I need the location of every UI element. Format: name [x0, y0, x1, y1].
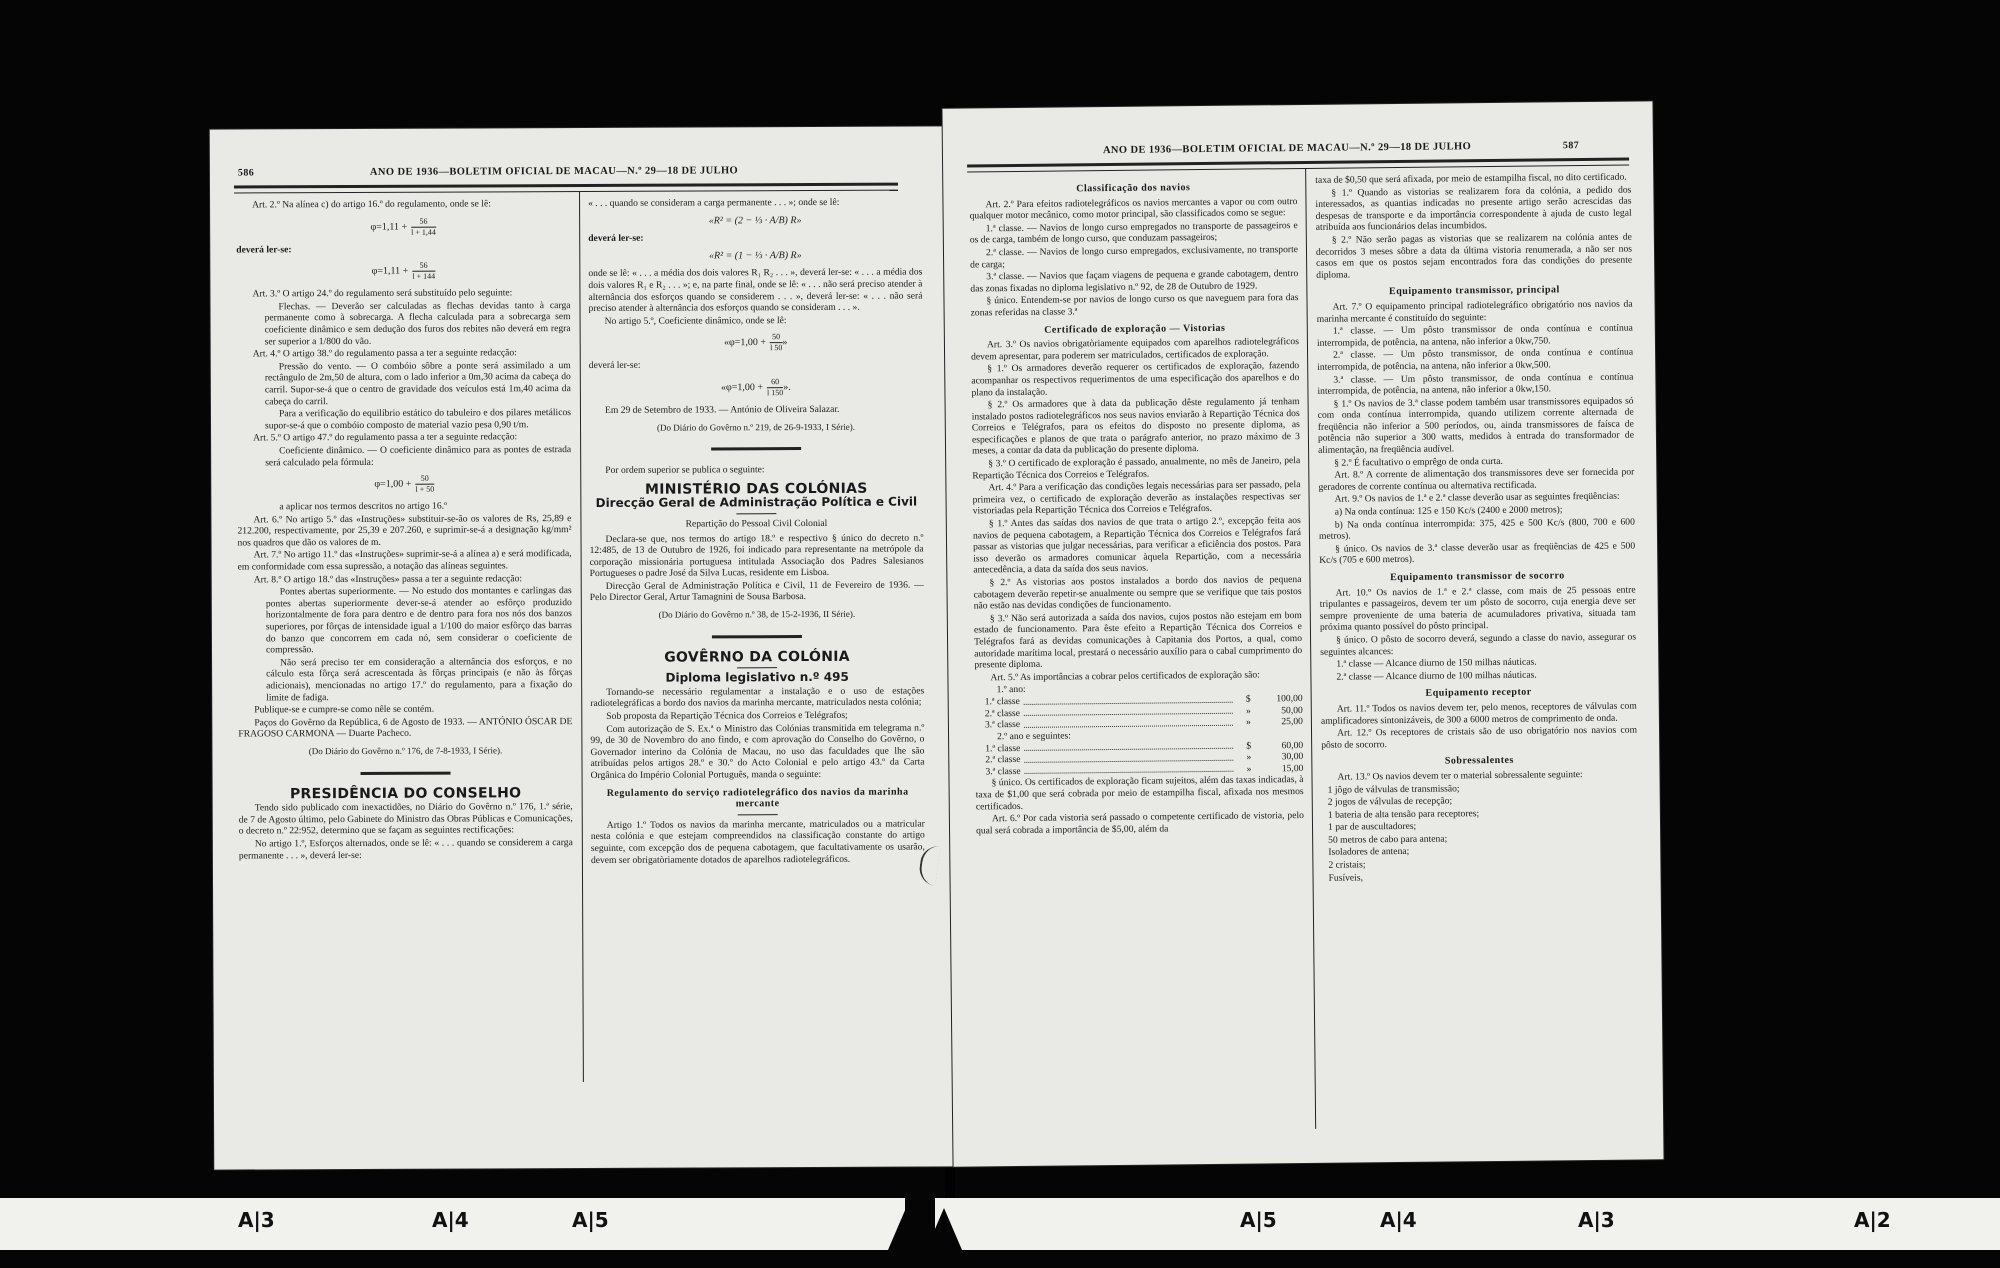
paragraph: Art. 8.º A corrente de alimentação dos t… — [1318, 467, 1634, 493]
section-heading: Equipamento transmissor, principal — [1316, 284, 1632, 299]
paragraph: § 2.º Não serão pagas as vistorias que s… — [1316, 232, 1632, 282]
formula-num: 56 — [412, 261, 435, 271]
paragraph: Por ordem superior se publica o seguinte… — [589, 464, 923, 477]
paragraph: Para a verificação do equilíbrio estátic… — [237, 407, 571, 432]
sub-heading: Direcção Geral de Administração Política… — [589, 497, 923, 510]
paragraph: Art. 7.º No artigo 11.º das «Instruções»… — [238, 549, 572, 574]
fee-currency: » — [1237, 717, 1251, 729]
frame-mark: A|5 — [1240, 1208, 1277, 1232]
fee-currency: » — [1237, 752, 1251, 764]
fee-class: 3.ª classe — [985, 766, 1020, 778]
paragraph: Não será preciso ter em consideração a a… — [238, 656, 572, 704]
paragraph: 1.ª classe. — Navios de longo curso empr… — [970, 220, 1298, 247]
running-head: ANO DE 1936—BOLETIM OFICIAL DE MACAU—N.º… — [370, 165, 738, 178]
paragraph: Art. 6.º No artigo 5.º das «Instruções» … — [237, 513, 571, 549]
paragraph: « . . . quando se consideram a carga per… — [588, 197, 922, 210]
paragraph: Publique-se e cumpre-se como nêle se con… — [238, 703, 572, 716]
formula-lhs: φ=1,11 + — [370, 221, 407, 232]
paragraph: Paços do Govêrno da República, 6 de Agos… — [238, 716, 572, 741]
leader-dots — [1024, 752, 1233, 763]
paragraph: deverá ler-se: — [589, 359, 923, 372]
frame-mark: A|2 — [1854, 1208, 1891, 1232]
fee-class: 1.ª classe — [985, 696, 1020, 708]
short-rule — [738, 814, 778, 815]
paragraph: § único. Os navios de 3.ª classe deverão… — [1319, 540, 1635, 566]
paragraph: Art. 11.º Todos os navios devem ter, pel… — [1321, 700, 1637, 726]
paragraph: deverá ler-se: — [236, 243, 570, 256]
paragraph: § 3.º Não será autorizada a saída dos na… — [974, 610, 1303, 671]
paragraph: Pressão do vento. — O combóio sôbre a po… — [237, 360, 571, 408]
page-number: 586 — [238, 167, 254, 178]
paragraph: § 2.º As vistorias aos postos instalados… — [973, 574, 1301, 612]
fee-table: 1.º ano:1.ª classe$100,002.ª classe»50,0… — [975, 681, 1304, 777]
paragraph: Art. 4.º O artigo 38.º do regulamento pa… — [237, 347, 571, 360]
leader-dots — [1024, 706, 1233, 717]
formula-lhs: φ=1,11 + — [372, 266, 409, 277]
header-rule — [234, 183, 898, 194]
frame-mark: A|5 — [572, 1208, 609, 1232]
paragraph: Artigo 1.º Todos os navios da marinha me… — [591, 818, 925, 866]
fee-amount: 100,00 — [1251, 693, 1303, 705]
formula-den: l + 1,44 — [411, 226, 436, 237]
paragraph: Direcção Geral de Administração Política… — [590, 579, 924, 604]
fee-class: 1.ª classe — [985, 743, 1020, 755]
paragraph: Art. 3.º Os navios obrigatòriamente equi… — [971, 336, 1299, 363]
leader-dots — [1024, 741, 1233, 752]
formula-lhs: φ=1,00 + — [374, 479, 411, 490]
paragraph: § 3.º O certificado de exploração é pass… — [972, 455, 1300, 482]
paragraph: Flechas. — Deverão ser calculadas as fle… — [236, 300, 570, 348]
paragraph: Art. 6.º Por cada vistoria será passado … — [976, 810, 1304, 837]
right-page-column-2: taxa de $0,50 que será afixada, por meio… — [1315, 172, 1638, 886]
paragraph: Art. 2.º Na alínea c) do artigo 16.º do … — [236, 198, 570, 211]
left-page-column-2: « . . . quando se consideram a carga per… — [588, 197, 925, 868]
fee-amount: 15,00 — [1251, 763, 1303, 775]
regulation-title: Regulamento do serviço radiotelegráfico … — [591, 786, 925, 811]
paragraph: onde se lê: « . . . a média dos dois val… — [588, 267, 922, 315]
fee-currency: $ — [1237, 694, 1251, 706]
paragraph: 1.ª classe. — Um pôsto transmissor de on… — [1317, 323, 1633, 349]
paragraph: 2.ª classe — Alcance diurno de 100 milha… — [1320, 668, 1636, 683]
paragraph: Tornando-se necessário regulamentar a in… — [590, 685, 924, 710]
formula: φ=1,00 +50l + 50 — [237, 473, 571, 495]
formula-num: 60 — [767, 377, 783, 387]
frame-mark: A|3 — [1578, 1208, 1615, 1232]
fee-currency: » — [1237, 705, 1251, 717]
paragraph: § 2.º Os armadores que à data da publica… — [972, 396, 1301, 457]
paragraph: Declara-se que, nos termos do artigo 18.… — [590, 532, 924, 580]
formula-den: l + 50 — [415, 484, 434, 495]
formula-num: 56 — [411, 216, 436, 226]
paragraph: § único. O pôsto de socorro deverá, segu… — [1320, 631, 1636, 657]
section-heading: Certificado de exploração — Vistorias — [971, 322, 1299, 337]
paragraph: Art. 7.º O equipamento principal radiote… — [1317, 298, 1633, 324]
paragraph: Em 29 de Setembro de 1933. — António de … — [589, 403, 923, 416]
paragraph: 3.ª classe. — Um pôsto transmissor, de o… — [1317, 371, 1633, 397]
formula-den: l 150 — [767, 387, 783, 398]
section-heading: GOVÊRNO DA COLÓNIA — [590, 651, 924, 664]
section-rule — [361, 771, 451, 774]
paragraph: Com autorização de S. Ex.ª o Ministro da… — [590, 722, 924, 781]
section-heading: Equipamento transmissor de socorro — [1319, 570, 1635, 585]
paragraph: Sob proposta da Repartição Técnica dos C… — [590, 710, 924, 723]
formula-num: 50 — [770, 332, 782, 342]
paragraph: 3.ª classe. — Navios que façam viagens d… — [970, 268, 1298, 295]
section-heading: Equipamento receptor — [1321, 686, 1637, 701]
formula-lhs: «φ=1,00 + — [721, 382, 763, 393]
section-heading: Sobressalentes — [1321, 754, 1637, 769]
column-divider — [1305, 169, 1316, 1129]
right-page: ANO DE 1936—BOLETIM OFICIAL DE MACAU—N.º… — [942, 101, 1663, 1166]
citation: (Do Diário do Govêrno n.º 176, de 7-8-19… — [238, 745, 572, 758]
page-number: 587 — [1563, 140, 1579, 151]
column-divider — [579, 192, 584, 1082]
leader-dots — [1024, 694, 1233, 705]
formula-num: 50 — [415, 474, 434, 484]
paragraph: 2.ª classe. — Navios de longo curso empr… — [970, 244, 1298, 271]
paragraph: Pontes abertas superiormente. — No estud… — [238, 585, 572, 656]
citation: (Do Diário do Govêrno n.º 38, de 15-2-19… — [590, 609, 924, 622]
paragraph: Coeficiente dinâmico. — O coeficiente di… — [237, 444, 571, 469]
leader-dots — [1025, 764, 1234, 775]
short-rule — [736, 513, 776, 514]
paragraph: a aplicar nos termos descritos no artigo… — [237, 500, 571, 513]
paragraph: Tendo sido publicado com inexactidões, n… — [239, 801, 573, 837]
frame-mark: A|4 — [432, 1208, 469, 1232]
formula-lhs: «φ=1,00 + — [724, 337, 766, 348]
frame-mark: A|3 — [238, 1208, 275, 1232]
right-page-column-1: Classificação dos navios Art. 2.º Para e… — [969, 175, 1304, 838]
fee-amount: 50,00 — [1251, 705, 1303, 717]
paragraph: b) Na onda contínua interrompida: 375, 4… — [1319, 516, 1635, 542]
fee-amount: 60,00 — [1251, 740, 1303, 752]
section-rule — [712, 635, 802, 638]
formula: φ=1,11 +56l + 144 — [236, 260, 570, 282]
paragraph: § 1.º Quando as vistorias se realizarem … — [1315, 184, 1631, 234]
frame-mark: A|4 — [1380, 1208, 1417, 1232]
fee-currency: » — [1237, 763, 1251, 775]
strip-gap — [905, 1198, 935, 1253]
formula-den: l 50 — [770, 342, 782, 353]
section-heading: Classificação dos navios — [969, 181, 1297, 196]
fee-class: 2.ª classe — [985, 754, 1020, 766]
paragraph: § 1.º Os armadores deverão requerer os c… — [971, 360, 1299, 398]
left-page: 586 ANO DE 1936—BOLETIM OFICIAL DE MACAU… — [210, 126, 957, 1169]
spare-item: Fusíveis, — [1322, 869, 1638, 884]
paragraph: Art. 12.º Os receptores de cristais são … — [1321, 725, 1637, 751]
paragraph: 2.ª classe. — Um pôsto transmissor, de o… — [1317, 347, 1633, 373]
fee-class: 2.ª classe — [985, 708, 1020, 720]
paragraph: No artigo 1.º, Esforços alternados, onde… — [239, 837, 573, 862]
paragraph: Art. 8.º O artigo 18.º das «Instruções» … — [238, 573, 572, 586]
paragraph: Art. 2.º Para efeitos radiotelegráficos … — [969, 196, 1297, 223]
formula: «R² = (2 − ⅓ · A/B) R» — [588, 214, 922, 227]
paragraph: § 1.º Os navios de 3.ª classe podem tamb… — [1318, 395, 1635, 456]
fee-amount: 30,00 — [1251, 751, 1303, 763]
short-rule — [737, 667, 777, 668]
paragraph: Art. 5.º O artigo 47.º do regulamento pa… — [237, 431, 571, 444]
paragraph: Art. 3.º O artigo 24.º do regulamento se… — [236, 287, 570, 300]
formula-close: ». — [783, 382, 791, 393]
left-page-column-1: Art. 2.º Na alínea c) do artigo 16.º do … — [236, 198, 573, 863]
citation: (Do Diário do Govêrno n.º 219, de 26-9-1… — [589, 421, 923, 434]
paragraph: Art. 10.º Os navios de 1.ª e 2.ª classe,… — [1320, 584, 1636, 634]
formula-close: » — [782, 337, 787, 348]
formula: «φ=1,00 +50l 50» — [589, 332, 923, 354]
paragraph: § 1.º Antes das saídas dos navios de que… — [973, 515, 1302, 576]
paragraph: § único. Entendem-se por navios de longo… — [970, 292, 1298, 319]
section-rule — [711, 447, 801, 450]
fee-currency: $ — [1237, 740, 1251, 752]
section-heading: PRESIDÊNCIA DO CONSELHO — [239, 788, 573, 801]
spares-list: 1 jôgo de válvulas de transmissão;2 jogo… — [1322, 781, 1639, 884]
sub-heading: Diploma legislativo n.º 495 — [590, 672, 924, 685]
fee-amount: 25,00 — [1251, 716, 1303, 728]
paragraph: Art. 4.º Para a verificação das condiçõe… — [972, 479, 1300, 517]
formula-den: l + 144 — [412, 271, 435, 282]
paragraph: No artigo 5.º, Coeficiente dinâmico, ond… — [589, 314, 923, 327]
running-head: ANO DE 1936—BOLETIM OFICIAL DE MACAU—N.º… — [1103, 141, 1471, 156]
leader-dots — [1024, 717, 1233, 728]
paragraph: deverá ler-se: — [588, 232, 922, 245]
fee-class: 3.ª classe — [985, 719, 1020, 731]
reparticao-heading: Repartição do Pessoal Civil Colonial — [589, 517, 923, 530]
paragraph: § único. Os certificados de exploração f… — [975, 774, 1303, 812]
formula: φ=1,11 +56l + 1,44 — [236, 216, 570, 238]
film-strip — [0, 1198, 2000, 1250]
formula: «φ=1,00 +60l 150». — [589, 376, 923, 398]
formula: «R² = (1 − ⅓ · A/B) R» — [588, 249, 922, 262]
